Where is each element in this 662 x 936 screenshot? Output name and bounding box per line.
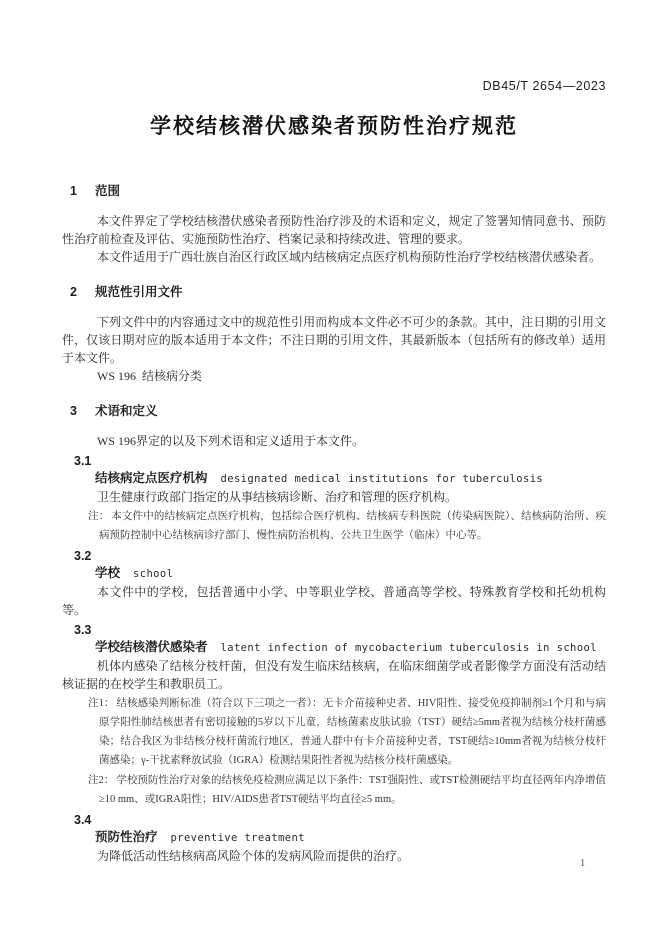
document-page: { "header": { "doc_code": "DB45/T 2654—2… [0, 0, 662, 936]
page-number: 1 [580, 858, 585, 869]
doc-code: DB45/T 2654—2023 [62, 79, 606, 94]
term-3-1: 结核病定点医疗机构designated medical institutions… [95, 469, 606, 488]
normative-references-paragraph: 下列文件中的内容通过文中的规范性引用而构成本文件必不可少的条款。其中，注日期的引… [62, 313, 606, 367]
section-2-heading: 2规范性引用文件 [62, 284, 606, 300]
term-chinese: 结核病定点医疗机构 [95, 471, 208, 485]
clause-3-1-number: 3.1 [74, 453, 606, 469]
page-body: DB45/T 2654—2023 学校结核潜伏感染者预防性治疗规范 1范围 本文… [0, 79, 662, 865]
term-english: school [133, 568, 173, 580]
definition-3-2: 本文件中的学校，包括普通中小学、中等职业学校、普通高等学校、特殊教育学校和托幼机… [62, 583, 606, 619]
scope-paragraph-2: 本文件适用于广西壮族自治区行政区域内结核病定点医疗机构预防性治疗学校结核潜伏感染… [62, 248, 606, 266]
term-3-3: 学校结核潜伏感染者latent infection of mycobacteri… [95, 638, 606, 657]
section-number: 1 [70, 183, 95, 199]
term-english: latent infection of mycobacterium tuberc… [221, 642, 597, 654]
term-english: designated medical institutions for tube… [221, 473, 544, 485]
note-text: 本文件中的结核病定点医疗机构，包括综合医疗机构、结核病专科医院（传染病医院）、结… [99, 511, 606, 541]
section-title: 规范性引用文件 [95, 285, 183, 299]
note-3-3-2: 注2：学校预防性治疗对象的结核免疫检测应满足以下条件：TST强阳性、或TST检测… [62, 771, 606, 809]
clause-3-2-number: 3.2 [74, 548, 606, 564]
note-3-1: 注：本文件中的结核病定点医疗机构，包括综合医疗机构、结核病专科医院（传染病医院）… [62, 507, 606, 545]
note-label: 注： [88, 511, 109, 522]
term-chinese: 学校 [95, 566, 120, 580]
section-1-heading: 1范围 [62, 183, 606, 199]
term-3-4: 预防性治疗preventive treatment [95, 828, 606, 847]
section-title: 术语和定义 [95, 404, 158, 418]
definition-3-4: 为降低活动性结核病高风险个体的发病风险而提供的治疗。 [62, 847, 606, 865]
clause-3-4-number: 3.4 [74, 812, 606, 828]
term-3-2: 学校school [95, 564, 606, 583]
note-text: 学校预防性治疗对象的结核免疫检测应满足以下条件：TST强阳性、或TST检测硬结平… [99, 775, 606, 805]
note-text: 结核感染判断标准（符合以下三项之一者）：无卡介苗接种史者、HIV阳性、接受免疫抑… [99, 698, 606, 766]
term-chinese: 学校结核潜伏感染者 [95, 640, 208, 654]
definition-3-1: 卫生健康行政部门指定的从事结核病诊断、治疗和管理的医疗机构。 [62, 488, 606, 506]
section-number: 3 [70, 403, 95, 419]
section-3-heading: 3术语和定义 [62, 403, 606, 419]
doc-title: 学校结核潜伏感染者预防性治疗规范 [62, 114, 606, 140]
note-3-3-1: 注1：结核感染判断标准（符合以下三项之一者）：无卡介苗接种史者、HIV阳性、接受… [62, 694, 606, 770]
reference-entry: WS 196 结核病分类 [62, 367, 606, 385]
scope-paragraph-1: 本文件界定了学校结核潜伏感染者预防性治疗涉及的术语和定义，规定了签署知情同意书、… [62, 212, 606, 248]
note-label: 注1： [88, 698, 114, 709]
term-chinese: 预防性治疗 [95, 830, 158, 844]
note-label: 注2： [88, 775, 114, 786]
section-number: 2 [70, 284, 95, 300]
section-title: 范围 [95, 184, 120, 198]
clause-3-3-number: 3.3 [74, 622, 606, 638]
terms-intro-paragraph: WS 196界定的以及下列术语和定义适用于本文件。 [62, 432, 606, 450]
definition-3-3: 机体内感染了结核分枝杆菌，但没有发生临床结核病，在临床细菌学或者影像学方面没有活… [62, 657, 606, 693]
term-english: preventive treatment [171, 832, 305, 844]
